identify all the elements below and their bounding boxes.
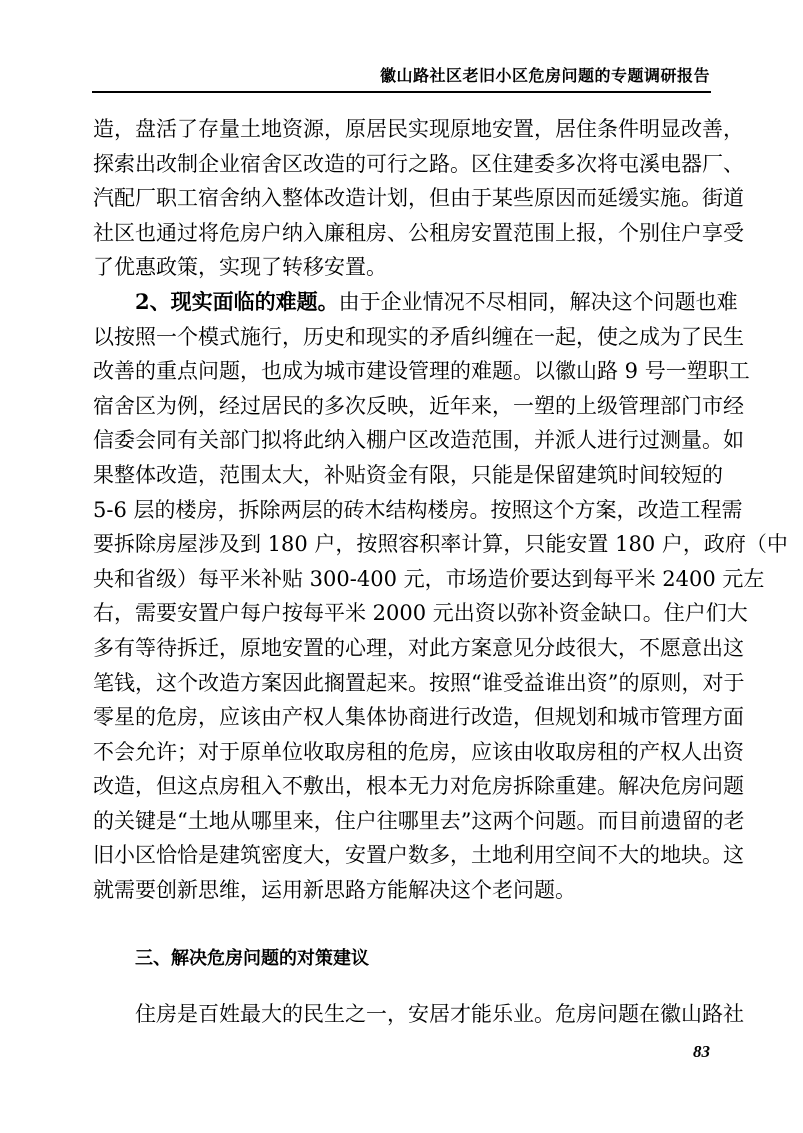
paragraph-2: 2、现实面临的难题。由于企业情况不尽相同，解决这个问题也难 以按照一个模式施行，… [93, 285, 711, 908]
page-number: 83 [693, 1042, 710, 1062]
section-heading: 三、解决危房问题的对策建议 [135, 944, 369, 970]
text-line: 改造，但这点房租入不敷出，根本无力对危房拆除重建。解决危房问题 [93, 769, 711, 804]
text-line: 央和省级）每平米补贴 300-400 元，市场造价要达到每平米 2400 元左 [93, 562, 711, 597]
text-line: 汽配厂职工宿舍纳入整体改造计划，但由于某些原因而延缓实施。街道 [93, 181, 711, 216]
text-line: 了优惠政策，实现了转移安置。 [93, 250, 711, 285]
text-line: 不会允许；对于原单位收取房租的危房，应该由收取房租的产权人出资 [93, 735, 711, 770]
text-line: 果整体改造，范围太大，补贴资金有限，只能是保留建筑时间较短的 [93, 458, 711, 493]
text-line: 就需要创新思维，运用新思路方能解决这个老问题。 [93, 873, 711, 908]
text-line: 信委会同有关部门拟将此纳入棚户区改造范围，并派人进行过测量。如 [93, 423, 711, 458]
running-header-title: 徽山路社区老旧小区危房问题的专题调研报告 [380, 63, 710, 86]
text-line: 右，需要安置户每户按每平米 2000 元出资以弥补资金缺口。住户们大 [93, 596, 711, 631]
text-line: 要拆除房屋涉及到 180 户，按照容积率计算，只能安置 180 户，政府（中 [93, 527, 711, 562]
text-line: 笔钱，这个改造方案因此搁置起来。按照“谁受益谁出资”的原则，对于 [93, 666, 711, 701]
text-line: 宿舍区为例，经过居民的多次反映，近年来，一塑的上级管理部门市经 [93, 389, 711, 424]
text-line: 的关键是“土地从哪里来，住户往哪里去”这两个问题。而目前遗留的老 [93, 804, 711, 839]
header-rule [92, 91, 711, 93]
text-line: 造，盘活了存量土地资源，原居民实现原地安置，居住条件明显改善， [93, 112, 711, 147]
text-line-first: 2、现实面临的难题。由于企业情况不尽相同，解决这个问题也难 [93, 285, 711, 320]
text-line: 探索出改制企业宿舍区改造的可行之路。区住建委多次将屯溪电器厂、 [93, 147, 711, 182]
text-line: 以按照一个模式施行，历史和现实的矛盾纠缠在一起，使之成为了民生 [93, 320, 711, 355]
text-line: 旧小区恰恰是建筑密度大，安置户数多，土地利用空间不大的地块。这 [93, 838, 711, 873]
subheading-lead: 2、现实面临的难题。 [135, 289, 339, 314]
text-line: 5-6 层的楼房，拆除两层的砖木结构楼房。按照这个方案，改造工程需 [93, 493, 711, 528]
text-line: 改善的重点问题，也成为城市建设管理的难题。以徽山路 9 号一塑职工 [93, 354, 711, 389]
document-page: 徽山路社区老旧小区危房问题的专题调研报告 造，盘活了存量土地资源，原居民实现原地… [0, 0, 803, 1133]
text-line: 零星的危房，应该由产权人集体协商进行改造，但规划和城市管理方面 [93, 700, 711, 735]
body-text: 造，盘活了存量土地资源，原居民实现原地安置，居住条件明显改善， 探索出改制企业宿… [93, 112, 711, 908]
paragraph-1: 造，盘活了存量土地资源，原居民实现原地安置，居住条件明显改善， 探索出改制企业宿… [93, 112, 711, 285]
text-run: 由于企业情况不尽相同，解决这个问题也难 [339, 290, 738, 314]
text-line: 多有等待拆迁，原地安置的心理，对此方案意见分歧很大，不愿意出这 [93, 631, 711, 666]
text-line: 住房是百姓最大的民生之一，安居才能乐业。危房问题在徽山路社 [135, 997, 711, 1031]
text-line: 社区也通过将危房户纳入廉租房、公租房安置范围上报，个别住户享受 [93, 216, 711, 251]
